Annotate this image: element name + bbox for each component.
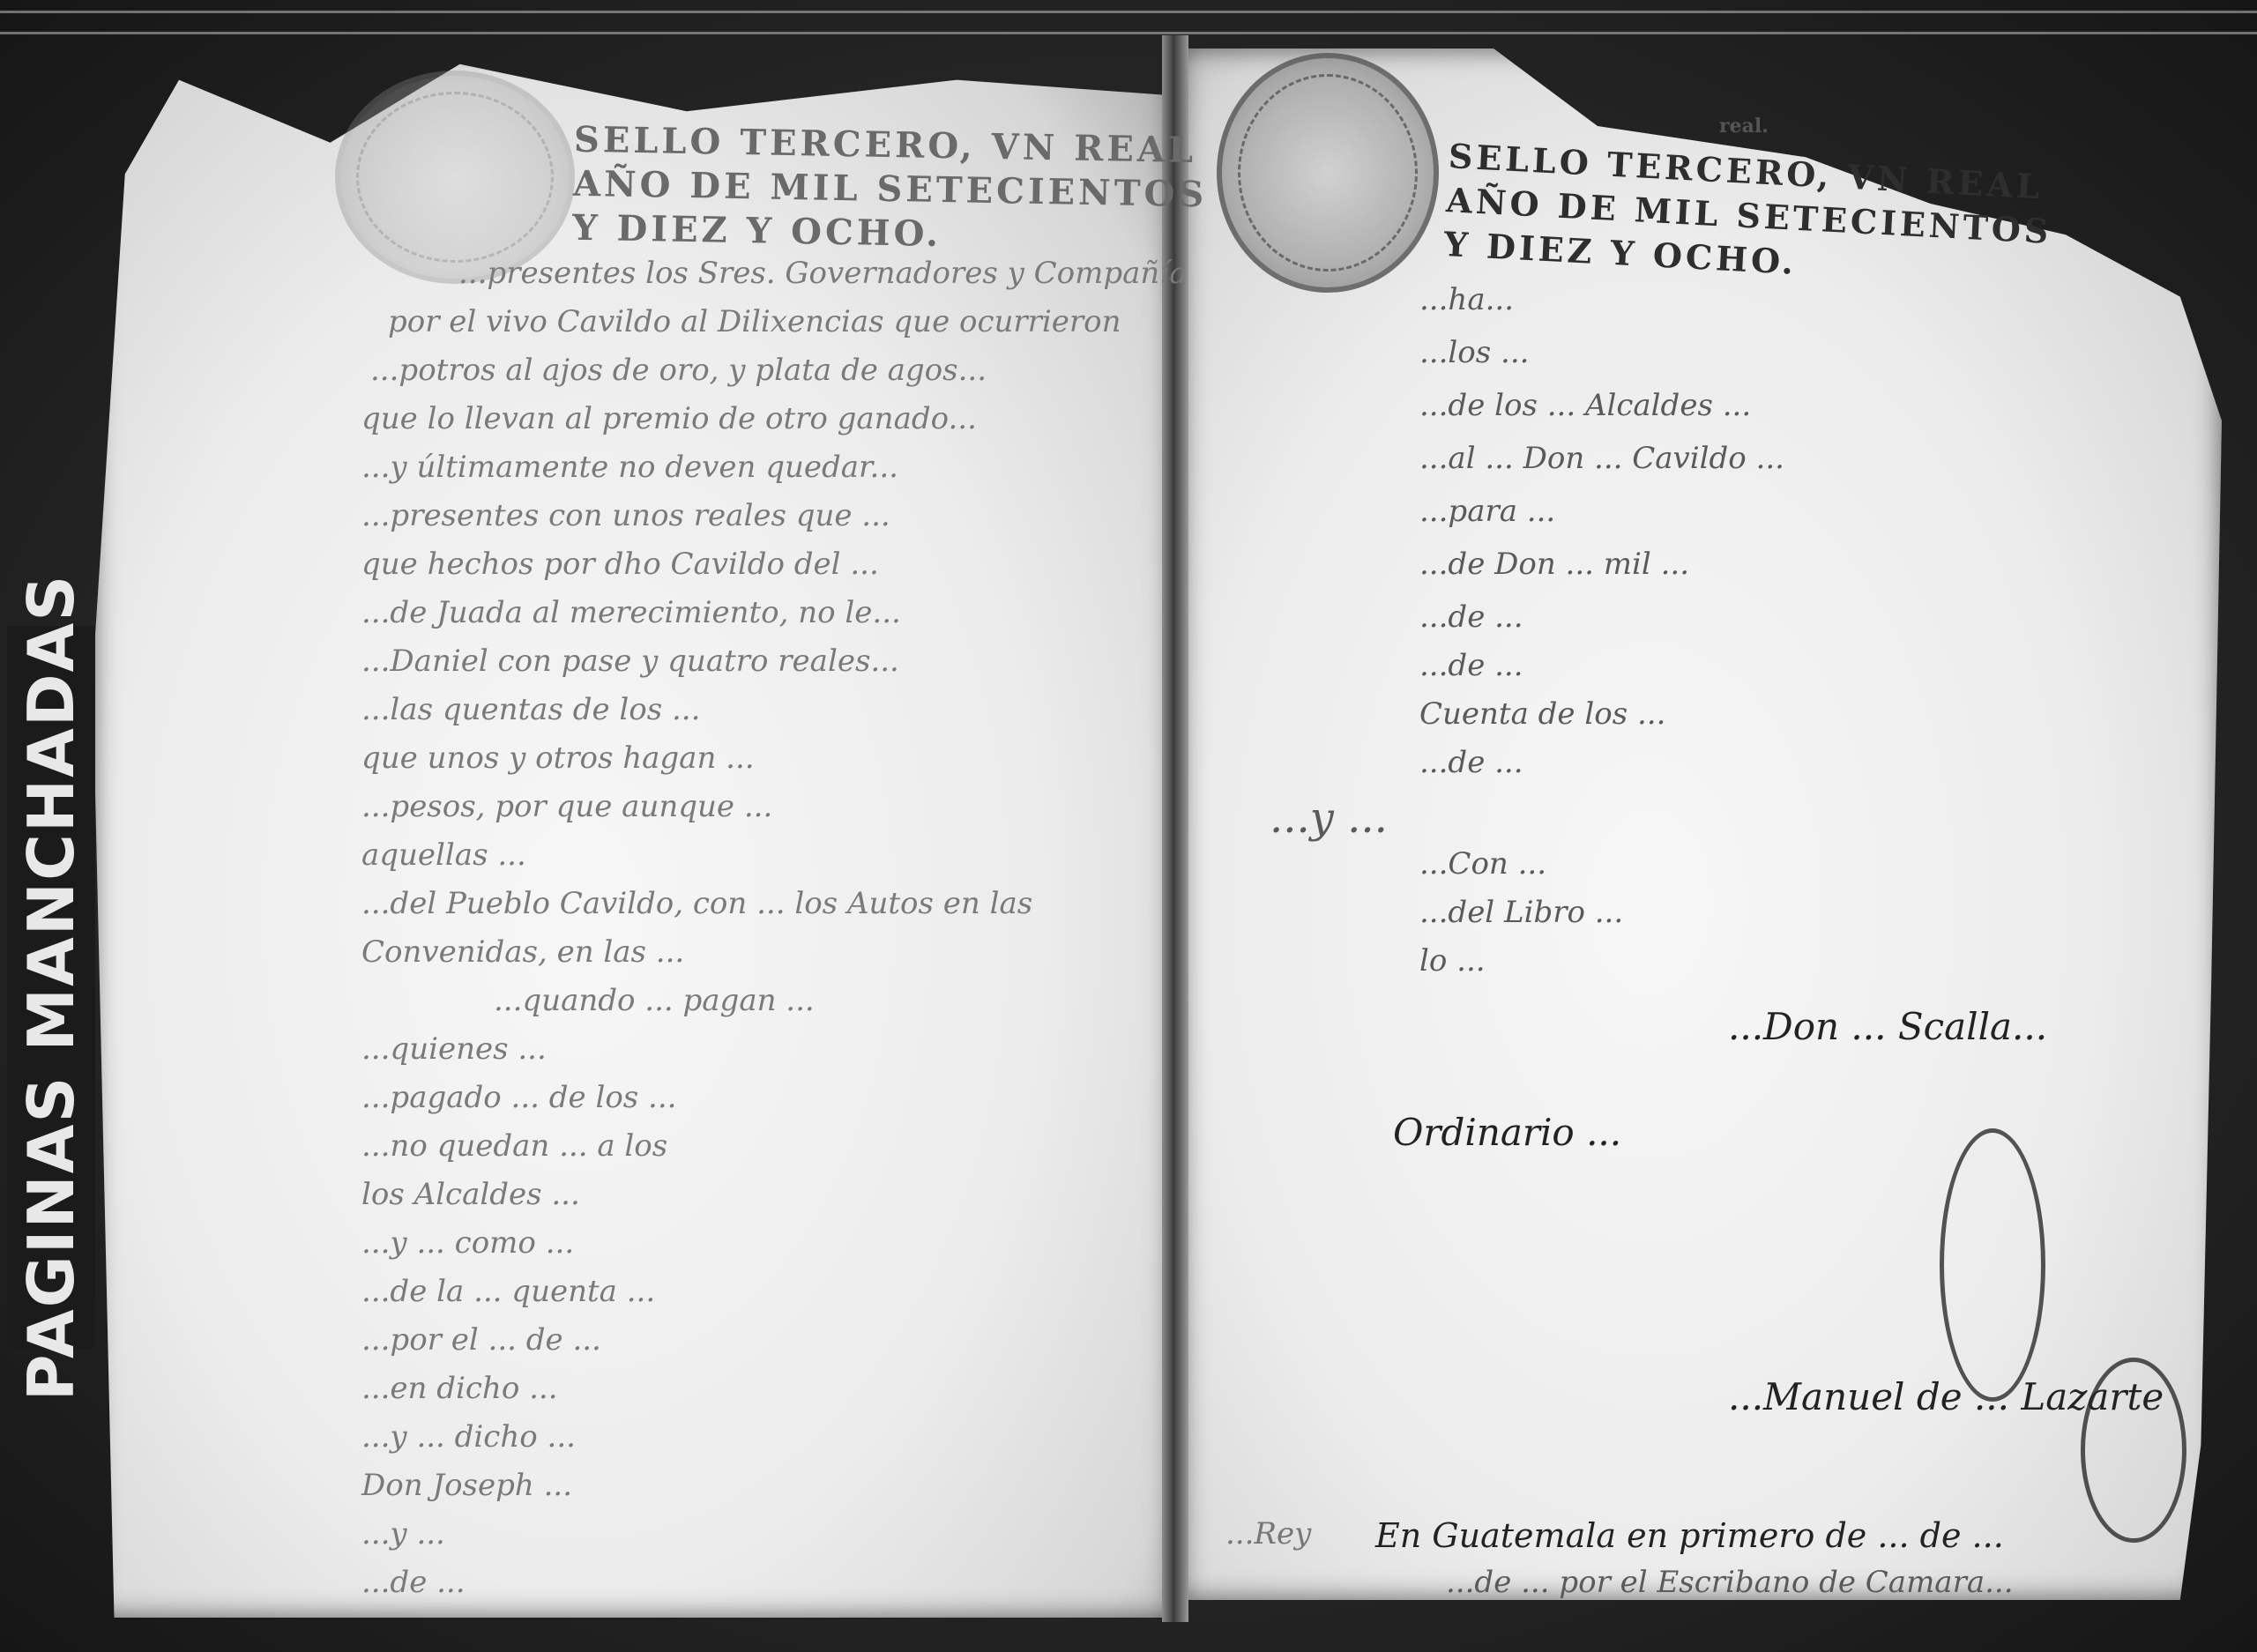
- script-line: ...quienes ...: [361, 1031, 547, 1067]
- script-line: ...del Pueblo Cavildo, con ... los Autos…: [361, 886, 1032, 921]
- script-line: Convenidas, en las ...: [361, 934, 684, 970]
- script-line: ...de ...: [1419, 648, 1523, 683]
- left-page-stamped-header: SELLO TERCERO, VN REAL AÑO DE MIL SETECI…: [572, 118, 1209, 262]
- script-line: aquellas ...: [361, 837, 526, 873]
- script-line: ...y ...: [1270, 793, 1388, 843]
- script-line: ...presentes los Sres. Governadores y Co…: [458, 256, 1187, 291]
- script-line: Don Joseph ...: [361, 1468, 572, 1503]
- script-line: lo ...: [1419, 943, 1486, 979]
- script-line: ...pagado ... de los ...: [361, 1080, 676, 1115]
- script-line: ...Con ...: [1419, 846, 1546, 882]
- script-line: ...ha...: [1419, 282, 1514, 317]
- script-line: ...pesos, por que aunque ...: [361, 789, 772, 824]
- signature: Ordinario ...: [1393, 1111, 1621, 1154]
- script-line: ...de la ... quenta ...: [361, 1274, 655, 1309]
- rubric-flourish-icon: [2081, 1358, 2186, 1543]
- script-line: ...para ...: [1419, 494, 1555, 529]
- script-line: ...y ...: [361, 1516, 445, 1552]
- script-line: que lo llevan al premio de otro ganado..…: [361, 401, 977, 436]
- page-mark: real.: [1719, 115, 1769, 138]
- script-line: Cuenta de los ...: [1419, 696, 1665, 732]
- script-line: ...Daniel con pase y quatro reales...: [361, 644, 899, 679]
- script-line: ...presentes con unos reales que ...: [361, 498, 890, 533]
- script-line: ...de ...: [1419, 599, 1523, 635]
- script-line: ...de los ... Alcaldes ...: [1419, 388, 1751, 423]
- scan-edge-line: [0, 11, 2257, 13]
- script-line: ...del Libro ...: [1419, 895, 1623, 930]
- script-line: ...no quedan ... a los: [361, 1128, 667, 1164]
- script-line: que hechos por dho Cavildo del ...: [361, 547, 879, 582]
- script-line: ...por el ... de ...: [361, 1322, 601, 1358]
- margin-note: ...Rey: [1225, 1516, 1311, 1552]
- script-line: ...de ...: [1419, 745, 1523, 780]
- script-line: ...las quentas de los ...: [361, 692, 700, 727]
- script-line: ...y ... dicho ...: [361, 1419, 576, 1455]
- script-line: ...quando ... pagan ...: [494, 983, 815, 1018]
- scan-edge-line: [0, 32, 2257, 34]
- script-line: ...en dicho ...: [361, 1371, 558, 1406]
- script-line: ...potros al ajos de oro, y plata de ago…: [370, 353, 987, 388]
- official-seal-right-icon: [1217, 53, 1439, 293]
- script-line: ...y ... como ...: [361, 1225, 574, 1261]
- side-label-text: PAGINAS MANCHADAS: [14, 574, 88, 1401]
- script-line: por el vivo Cavildo al Dilixencias que o…: [388, 304, 1121, 339]
- script-line: que unos y otros hagan ...: [361, 740, 755, 776]
- script-line: ...y últimamente no deven quedar...: [361, 450, 898, 485]
- closing-line: En Guatemala en primero de ... de ...: [1375, 1516, 2004, 1555]
- faded-seal-left-icon: [335, 71, 575, 284]
- script-line: ...de Juada al merecimiento, no le...: [361, 595, 901, 630]
- closing-line: ...de ... por el Escribano de Camara...: [1446, 1565, 2014, 1600]
- script-line: ...de Don ... mil ...: [1419, 547, 1689, 582]
- stained-pages-label: PAGINAS MANCHADAS: [7, 626, 95, 1349]
- script-line: ...los ...: [1419, 335, 1529, 370]
- script-line: los Alcaldes ...: [361, 1177, 580, 1212]
- script-line: ...al ... Don ... Cavildo ...: [1419, 441, 1784, 476]
- rubric-flourish-icon: [1940, 1128, 2045, 1402]
- script-line: ...de ...: [361, 1565, 466, 1600]
- signature: ...Don ... Scalla...: [1728, 1005, 2047, 1048]
